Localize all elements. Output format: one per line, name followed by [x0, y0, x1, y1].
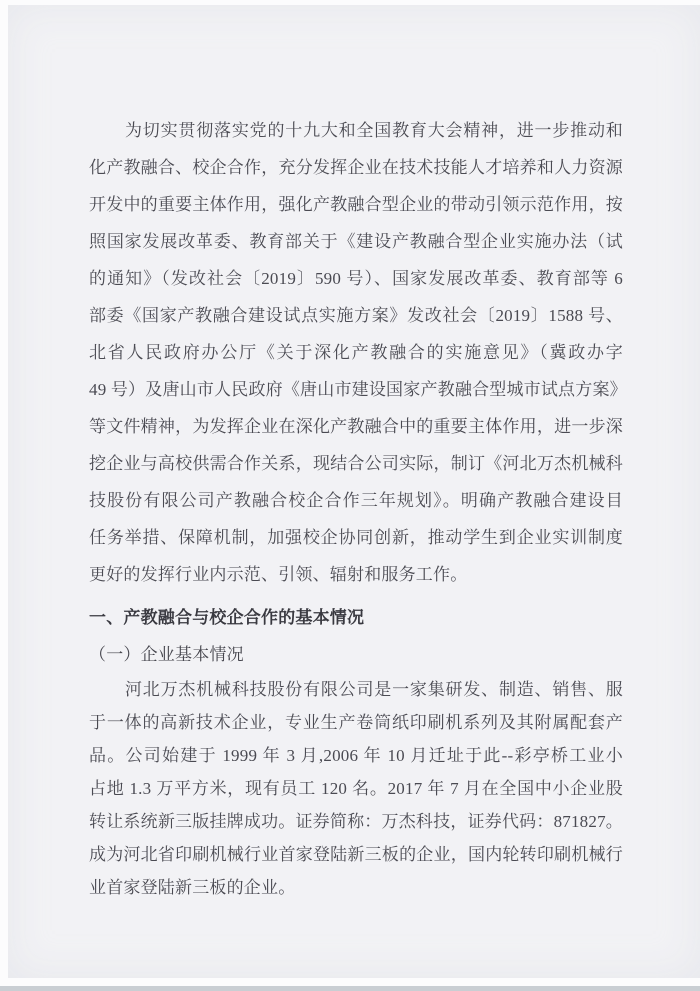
- section-heading: 一、产教融合与校企合作的基本情况: [89, 599, 623, 636]
- paragraph-company-profile: 河北万杰机械科技股份有限公司是一家集研发、制造、销售、服务 于一体的高新技术企业…: [89, 673, 623, 904]
- text-line: 任务举措、保障机制，加强校企协同创新，推动学生到企业实训制度化，: [89, 519, 623, 556]
- text-line: 的通知》（发改社会〔2019〕590 号）、国家发展改革委、教育部等 6: [89, 260, 623, 297]
- document-body: 为切实贯彻落实党的十九大和全国教育大会精神，进一步推动和深 化产教融合、校企合作…: [89, 112, 623, 904]
- text-line: 业首家登陆新三板的企业。: [89, 871, 623, 904]
- text-line: 49 号）及唐山市人民政府《唐山市建设国家产教融合型城市试点方案》: [89, 371, 623, 408]
- text-line: 等文件精神，为发挥企业在深化产教融合中的重要主体作用，进一步深: [89, 408, 623, 445]
- text-line: 照国家发展改革委、教育部关于《建设产教融合型企业实施办法（试行）: [89, 223, 623, 260]
- text-line: 于一体的高新技术企业，专业生产卷筒纸印刷机系列及其附属配套产: [89, 706, 623, 739]
- text-line: 部委《国家产教融合建设试点实施方案》发改社会〔2019〕1588 号、河: [89, 297, 623, 334]
- text-line: 转让系统新三版挂牌成功。证券简称：万杰科技，证券代码：871827。: [89, 805, 623, 838]
- subsection-heading: （一）企业基本情况: [89, 636, 623, 673]
- text-line: 开发中的重要主体作用，强化产教融合型企业的带动引领示范作用，按: [89, 186, 623, 223]
- text-line: 成为河北省印刷机械行业首家登陆新三板的企业，国内轮转印刷机械行: [89, 838, 623, 871]
- text-line: 为切实贯彻落实党的十九大和全国教育大会精神，进一步推动和深: [89, 112, 623, 149]
- scanner-edge: [0, 986, 700, 991]
- paragraph-intro: 为切实贯彻落实党的十九大和全国教育大会精神，进一步推动和深 化产教融合、校企合作…: [89, 112, 623, 593]
- text-line: 品。公司始建于 1999 年 3 月,2006 年 10 月迁址于此--彩亭桥工…: [89, 739, 623, 772]
- text-line: 化产教融合、校企合作，充分发挥企业在技术技能人才培养和人力资源: [89, 149, 623, 186]
- text-line: 挖企业与高校供需合作关系，现结合公司实际，制订《河北万杰机械科: [89, 445, 623, 482]
- text-line: 技股份有限公司产教融合校企合作三年规划》。明确产教融合建设目标、: [89, 482, 623, 519]
- text-line: 占地 1.3 万平方米，现有员工 120 名。2017 年 7 月在全国中小企业…: [89, 772, 623, 805]
- text-line: 更好的发挥行业内示范、引领、辐射和服务工作。: [89, 556, 623, 593]
- text-line: 北省人民政府办公厅《关于深化产教融合的实施意见》（冀政办字〔2019〕: [89, 334, 623, 371]
- text-line: 河北万杰机械科技股份有限公司是一家集研发、制造、销售、服务: [89, 673, 623, 706]
- scanned-page: 为切实贯彻落实党的十九大和全国教育大会精神，进一步推动和深 化产教融合、校企合作…: [0, 0, 700, 991]
